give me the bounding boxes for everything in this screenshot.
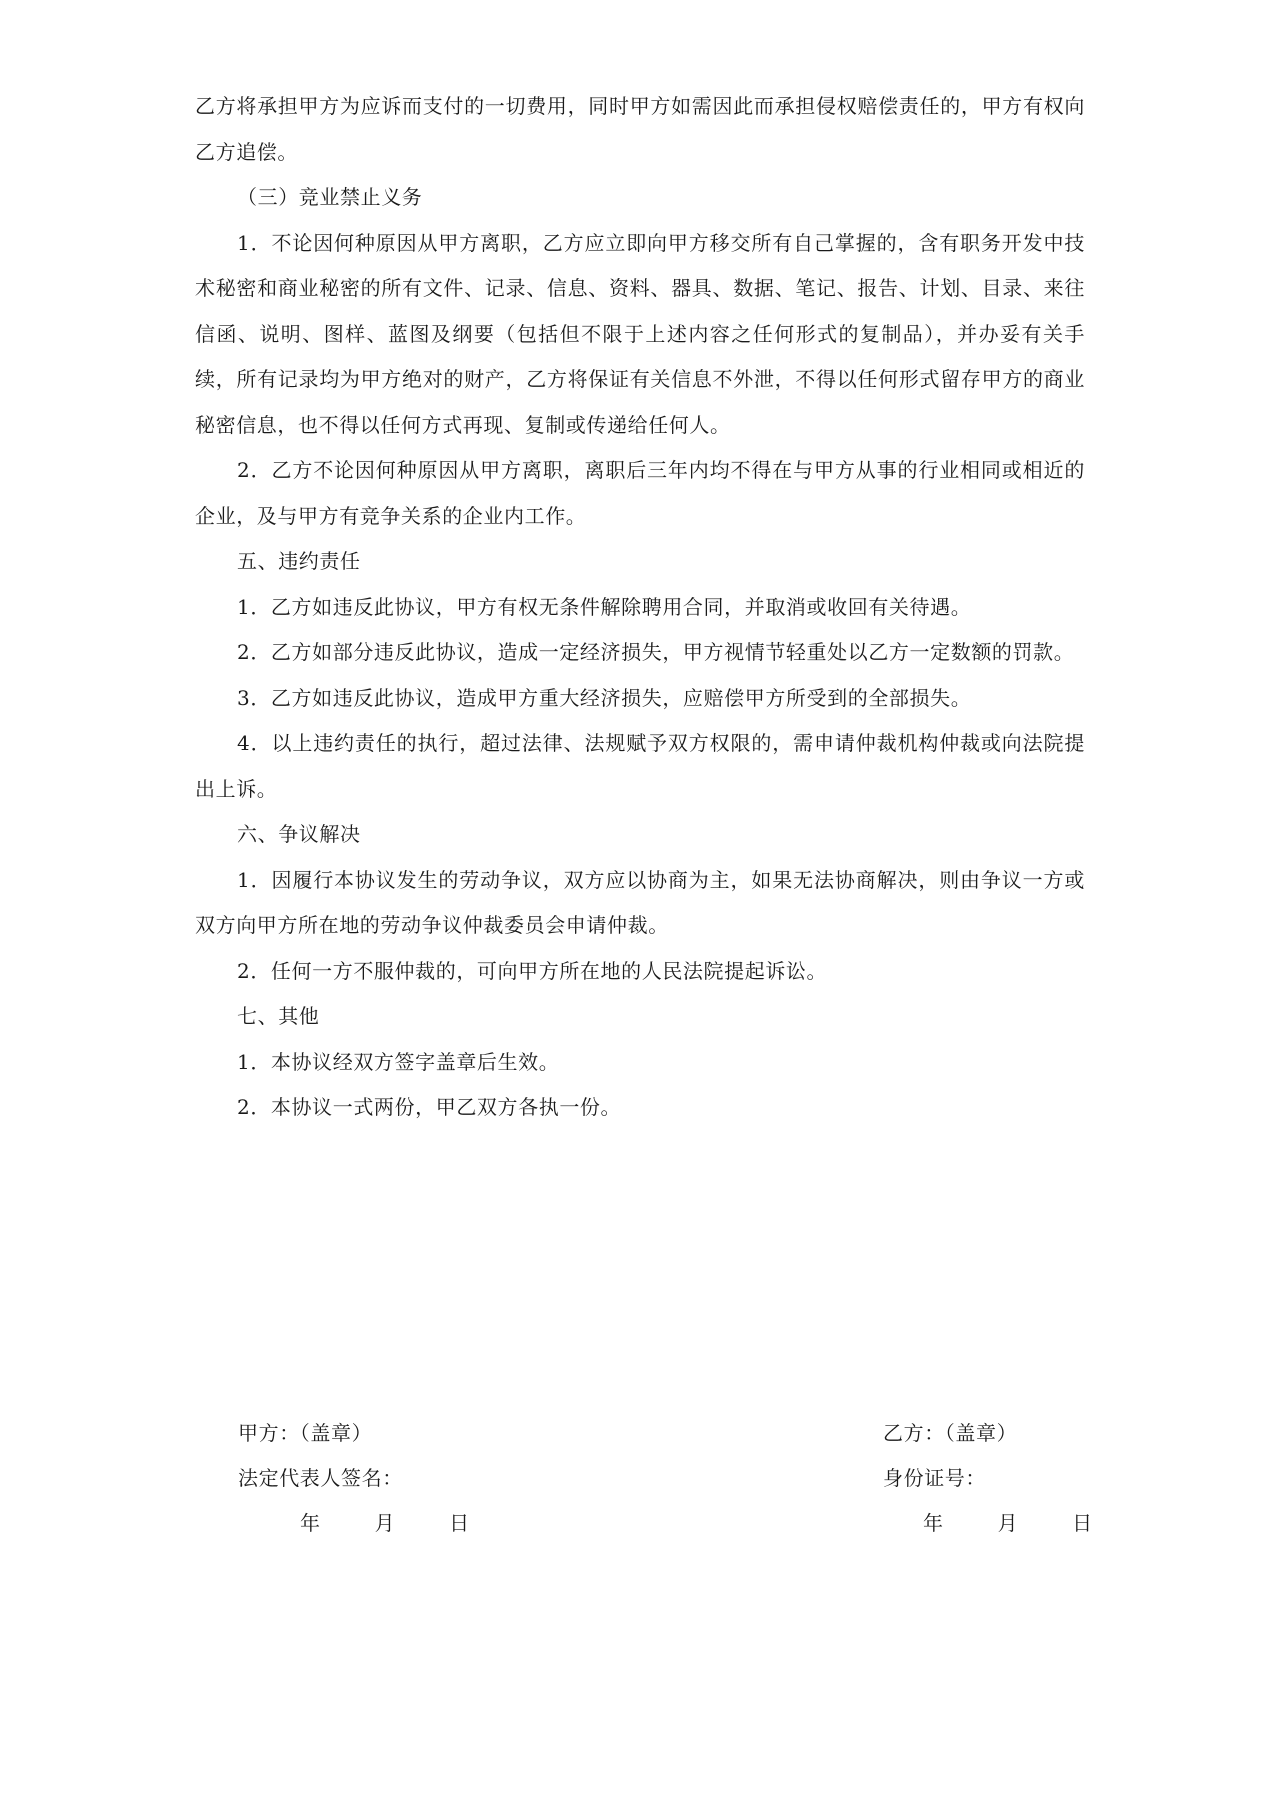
clause-dispute-2: 2．任何一方不服仲裁的，可向甲方所在地的人民法院提起诉讼。 xyxy=(195,949,1085,995)
signature-block-party-b: 乙方：（盖章） 身份证号： 年 月 日 xyxy=(883,1411,1093,1546)
clause-liability-2: 2．乙方如部分违反此协议，造成一定经济损失，甲方视情节轻重处以乙方一定数额的罚款… xyxy=(195,630,1085,676)
clause-noncompete-2: 2．乙方不论因何种原因从甲方离职，离职后三年内均不得在与甲方从事的行业相同或相近… xyxy=(195,448,1085,539)
section-heading-other: 七、其他 xyxy=(195,994,1085,1040)
clause-liability-1: 1．乙方如违反此协议，甲方有权无条件解除聘用合同，并取消或收回有关待遇。 xyxy=(195,585,1085,631)
document-page: 乙方将承担甲方为应诉而支付的一切费用，同时甲方如需因此而承担侵权赔偿责任的，甲方… xyxy=(0,0,1280,1810)
clause-liability-4: 4．以上违约责任的执行，超过法律、法规赋予双方权限的，需申请仲裁机构仲裁或向法院… xyxy=(195,721,1085,812)
party-b-id-label: 身份证号： xyxy=(883,1456,1093,1501)
document-body: 乙方将承担甲方为应诉而支付的一切费用，同时甲方如需因此而承担侵权赔偿责任的，甲方… xyxy=(195,84,1085,1131)
section-heading-liability: 五、违约责任 xyxy=(195,539,1085,585)
day-label: 日 xyxy=(449,1501,470,1546)
clause-other-1: 1．本协议经双方签字盖章后生效。 xyxy=(195,1040,1085,1086)
clause-liability-3: 3．乙方如违反此协议，造成甲方重大经济损失，应赔偿甲方所受到的全部损失。 xyxy=(195,676,1085,722)
party-b-date-line: 年 月 日 xyxy=(883,1501,1093,1546)
month-label: 月 xyxy=(375,1501,396,1546)
party-a-seal-label: 甲方：（盖章） xyxy=(238,1411,470,1456)
paragraph-continuation: 乙方将承担甲方为应诉而支付的一切费用，同时甲方如需因此而承担侵权赔偿责任的，甲方… xyxy=(195,84,1085,175)
clause-noncompete-1: 1．不论因何种原因从甲方离职，乙方应立即向甲方移交所有自己掌握的，含有职务开发中… xyxy=(195,221,1085,449)
clause-dispute-1: 1．因履行本协议发生的劳动争议，双方应以协商为主，如果无法协商解决，则由争议一方… xyxy=(195,858,1085,949)
clause-other-2: 2．本协议一式两份，甲乙双方各执一份。 xyxy=(195,1085,1085,1131)
party-a-date-line: 年 月 日 xyxy=(238,1501,470,1546)
year-label: 年 xyxy=(300,1501,321,1546)
party-a-representative-label: 法定代表人签名： xyxy=(238,1456,470,1501)
day-label: 日 xyxy=(1072,1501,1093,1546)
section-heading-dispute: 六、争议解决 xyxy=(195,812,1085,858)
month-label: 月 xyxy=(998,1501,1019,1546)
party-b-seal-label: 乙方：（盖章） xyxy=(883,1411,1093,1456)
signature-block-party-a: 甲方：（盖章） 法定代表人签名： 年 月 日 xyxy=(238,1411,470,1546)
section-heading-noncompete: （三）竞业禁止义务 xyxy=(195,175,1085,221)
year-label: 年 xyxy=(923,1501,944,1546)
